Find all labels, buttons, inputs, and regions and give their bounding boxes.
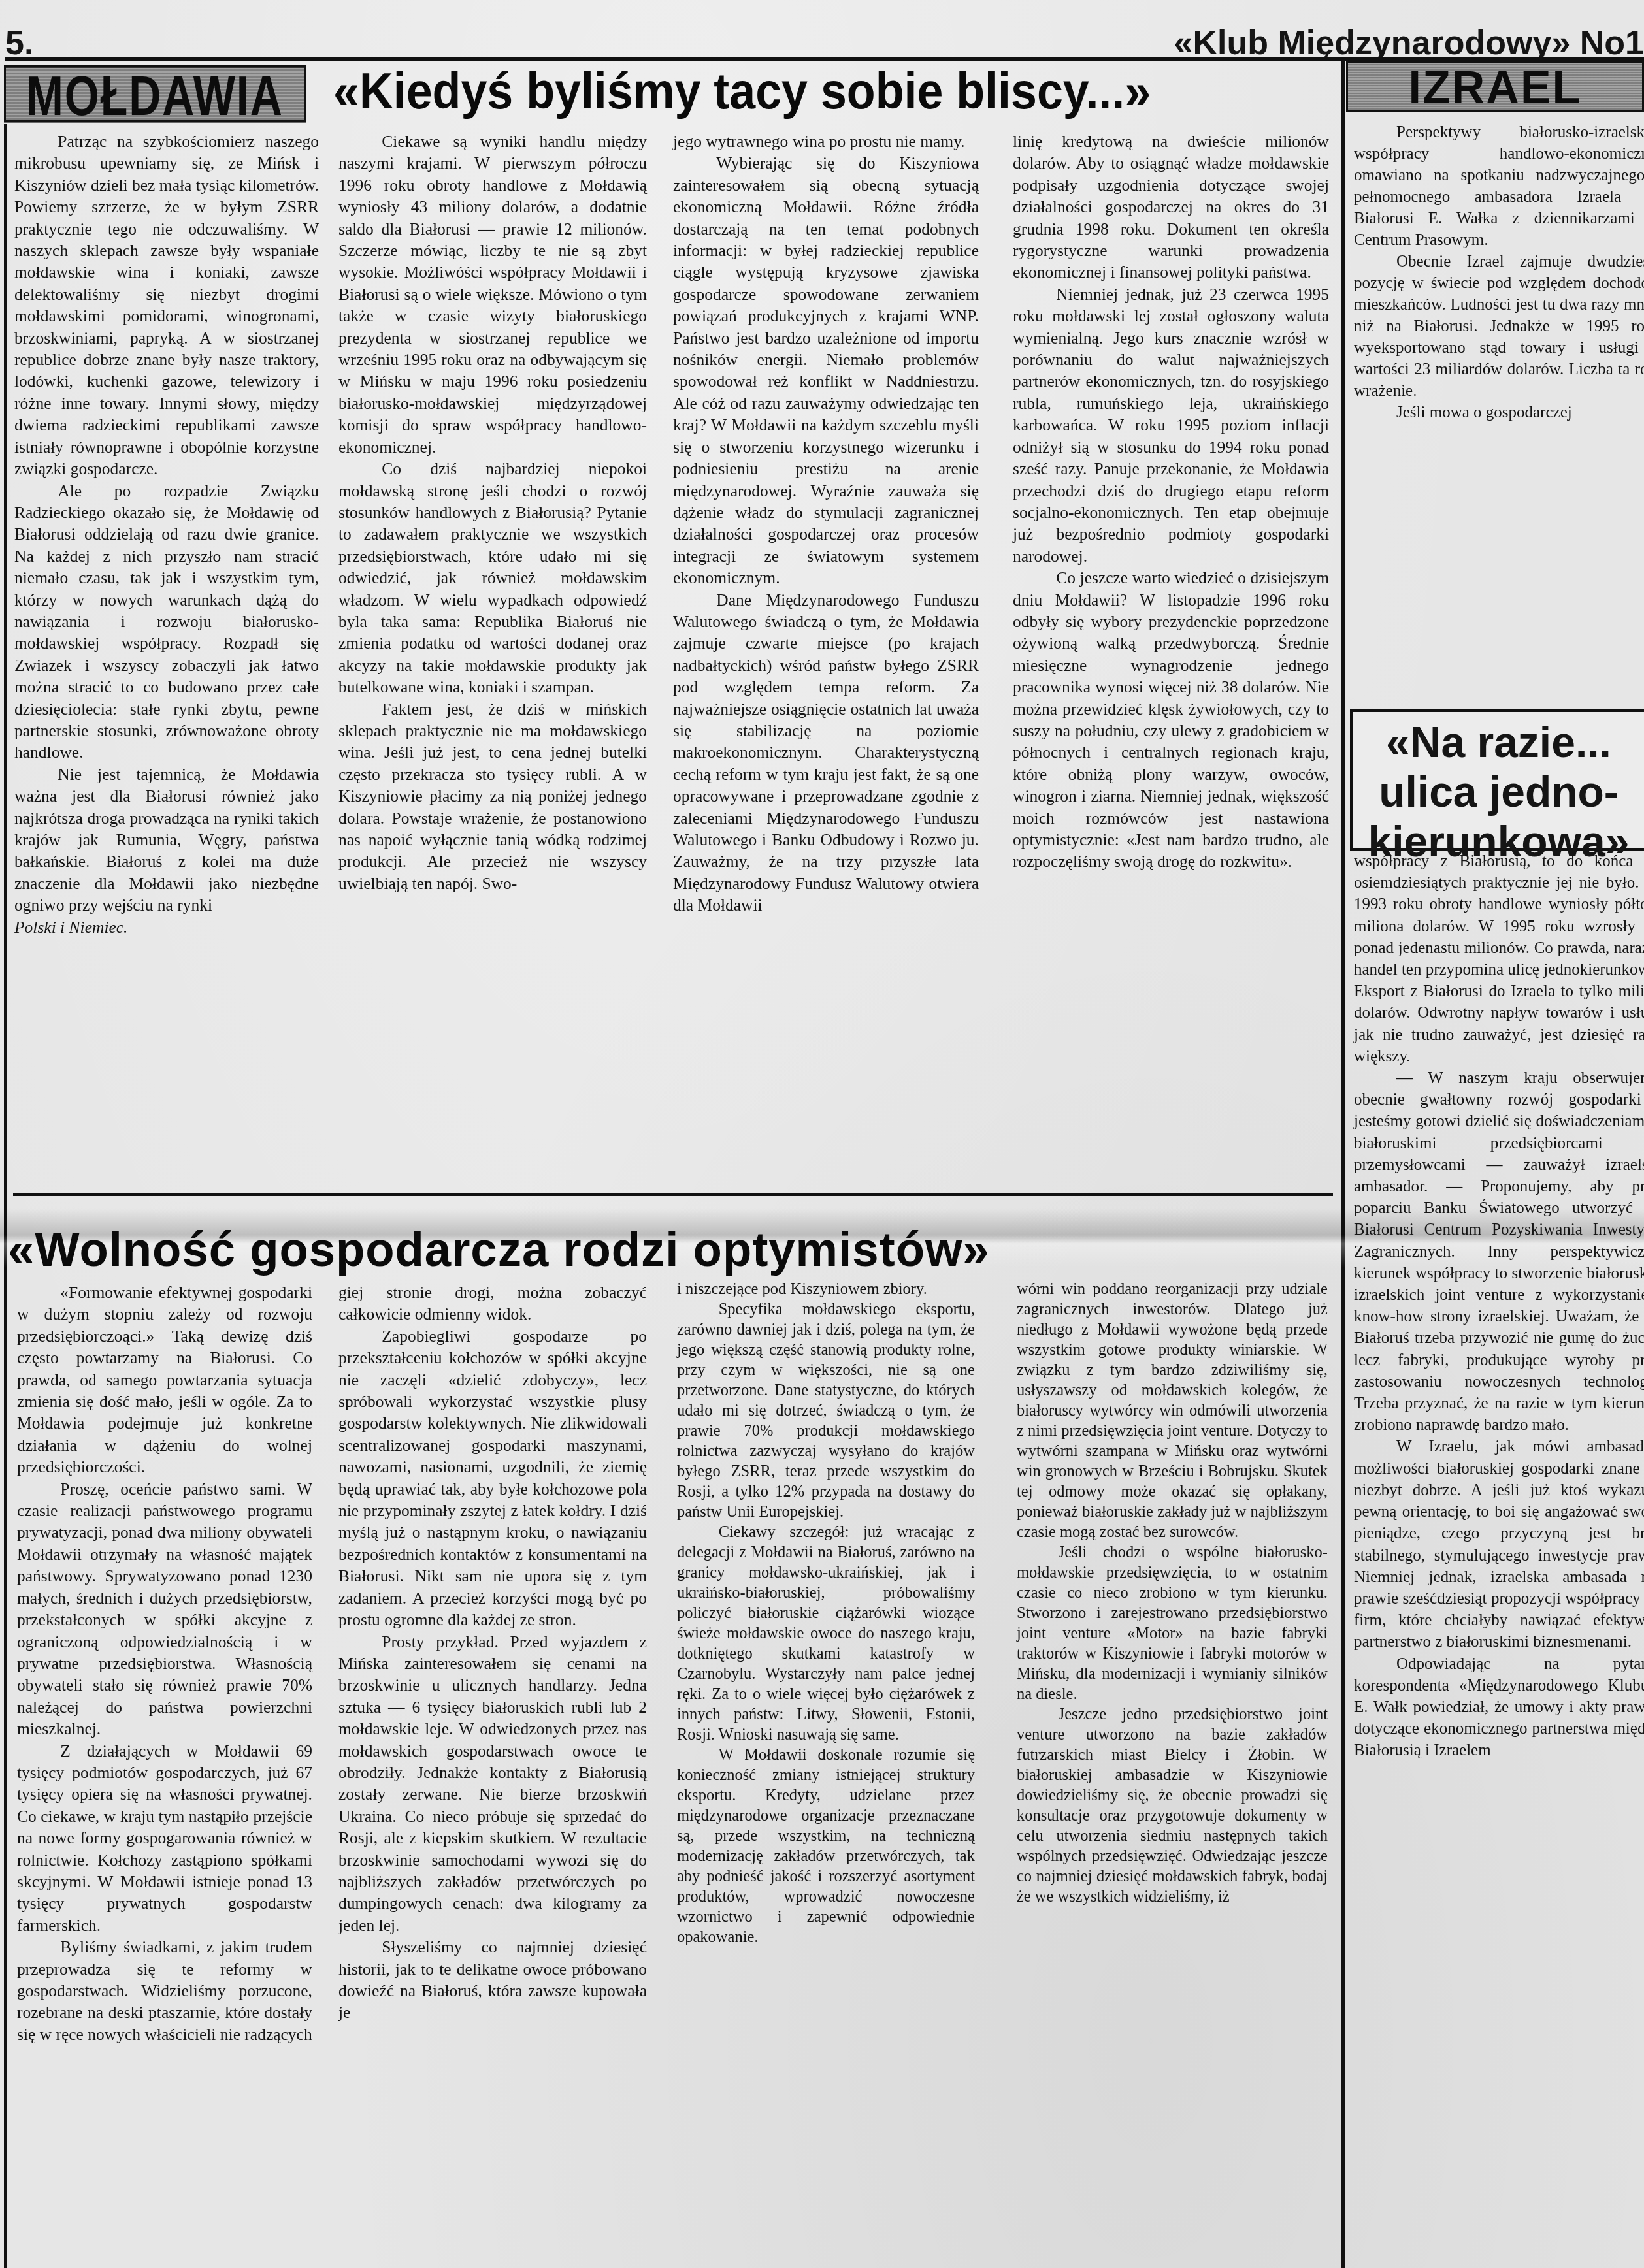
top-article-column-3: jego wytrawnego wina po prostu nie mamy.… <box>673 131 979 916</box>
paragraph: Byliśmy świadkami, z jakim trudem przepr… <box>17 1936 312 2045</box>
paragraph: Ciekawy szczegół: już wracając z delegac… <box>677 1522 975 1745</box>
paragraph: — W naszym kraju obserwujemy obecnie gwa… <box>1354 1067 1644 1436</box>
top-article-column-1: Patrząc na szybkościomierz naszego mikro… <box>14 131 319 938</box>
bottom-article-column-4: wórni win poddano reorganizacji przy udz… <box>1017 1279 1328 1907</box>
paragraph: «Formowanie efektywnej gospodarki w duży… <box>17 1282 312 1478</box>
pull-quote-box: «Na razie... ulica jedno-kierunkowa» <box>1350 709 1644 851</box>
paragraph: Jeszcze jedno przedsiębiorstwo joint ven… <box>1017 1704 1328 1907</box>
page-number: 5. <box>5 24 33 63</box>
publication-title: «Klub Międzynarodowy» No1 <box>1174 24 1644 63</box>
paragraph: Niemniej jednak, już 23 czerwca 1995 rok… <box>1013 283 1329 567</box>
paragraph: Faktem jest, że dziś w mińskich sklepach… <box>338 698 647 895</box>
top-article-column-2: Ciekawe są wyniki handlu między naszymi … <box>338 131 647 894</box>
paragraph: Ciekawe są wyniki handlu między naszymi … <box>338 131 647 458</box>
section-label-izrael: IZRAEL <box>1346 61 1644 112</box>
section-label-moldawia: MOŁDAWIA <box>4 65 306 123</box>
article-divider-rule <box>13 1193 1333 1196</box>
italic-text: Polski i Niemiec. <box>14 918 128 937</box>
paragraph: wórni win poddano reorganizacji przy udz… <box>1017 1279 1328 1542</box>
paragraph: Zapobiegliwi gospodarze po przekształcen… <box>338 1325 647 1631</box>
paragraph: linię kredytową na dwieście milionów dol… <box>1013 131 1329 283</box>
paragraph: Nie jest tajemnicą, że Mołdawia ważna je… <box>14 764 319 916</box>
izrael-column-divider <box>1341 61 1345 2268</box>
paragraph: Jeśli mowa o gospodarczej <box>1354 402 1644 423</box>
paragraph: i niszczejące pod Kiszyniowem zbiory. <box>677 1279 975 1299</box>
bottom-article-column-2: giej stronie drogi, można zobaczyć całko… <box>338 1282 647 2024</box>
bottom-article-column-1: «Formowanie efektywnej gospodarki w duży… <box>17 1282 312 2045</box>
izrael-column-continuation: współpracy z Białorusią, to do końca lat… <box>1354 850 1644 1762</box>
paragraph: W Mołdawii doskonale rozumie się koniecz… <box>677 1745 975 1947</box>
paragraph: jego wytrawnego wina po prostu nie mamy. <box>673 131 979 152</box>
paragraph: Patrząc na szybkościomierz naszego mikro… <box>14 131 319 480</box>
top-article-column-4: linię kredytową na dwieście milionów dol… <box>1013 131 1329 873</box>
paragraph: Wybierając się do Kiszyniowa zainteresow… <box>673 152 979 589</box>
paragraph: Co jeszcze warto wiedzieć o dzisiejszym … <box>1013 567 1329 873</box>
bottom-article-column-3: i niszczejące pod Kiszyniowem zbiory. Sp… <box>677 1279 975 1947</box>
left-border-rule <box>4 124 7 2268</box>
paragraph: Proszę, oceńcie państwo sami. W czasie r… <box>17 1478 312 1740</box>
paragraph: Jeśli chodzi o wspólne białorusko-mołdaw… <box>1017 1542 1328 1704</box>
paragraph: Odpowiadając na pytanie korespondenta «M… <box>1354 1653 1644 1762</box>
newspaper-page: 5. «Klub Międzynarodowy» No1 MOŁDAWIA IZ… <box>0 0 1644 2268</box>
paragraph: W Izraelu, jak mówi ambasador, możliwośc… <box>1354 1436 1644 1653</box>
headline-bottom-article: «Wolność gospodarcza rodzi optymistów» <box>8 1222 990 1277</box>
paragraph: Z działających w Mołdawii 69 tysięcy pod… <box>17 1740 312 1937</box>
paragraph-italic: Polski i Niemiec. <box>14 916 319 938</box>
paragraph: Co dziś najbardziej niepokoi mołdawską s… <box>338 458 647 698</box>
pull-quote-text: «Na razie... ulica jedno-kierunkowa» <box>1353 717 1644 866</box>
paragraph: współpracy z Białorusią, to do końca lat… <box>1354 850 1644 1067</box>
paragraph: giej stronie drogi, można zobaczyć całko… <box>338 1282 647 1325</box>
paragraph: Ale po rozpadzie Związku Radzieckiego ok… <box>14 480 319 764</box>
masthead: 5. «Klub Międzynarodowy» No1 <box>0 13 1644 59</box>
paragraph: Dane Międzynarodowego Funduszu Walutoweg… <box>673 589 979 916</box>
paragraph: Obecnie Izrael zajmuje dwudziestą pozycj… <box>1354 251 1644 402</box>
paragraph: Słyszeliśmy co najmniej dziesięć histori… <box>338 1936 647 2024</box>
izrael-column-intro: Perspektywy białorusko-izraelskiej współ… <box>1354 121 1644 423</box>
paragraph: Perspektywy białorusko-izraelskiej współ… <box>1354 121 1644 251</box>
paragraph: Specyfika mołdawskiego eksportu, zarówno… <box>677 1299 975 1522</box>
headline-top-article: «Kiedyś byliśmy tacy sobie bliscy...» <box>333 61 1151 121</box>
paragraph: Prosty przykład. Przed wyjazdem z Mińska… <box>338 1631 647 1937</box>
